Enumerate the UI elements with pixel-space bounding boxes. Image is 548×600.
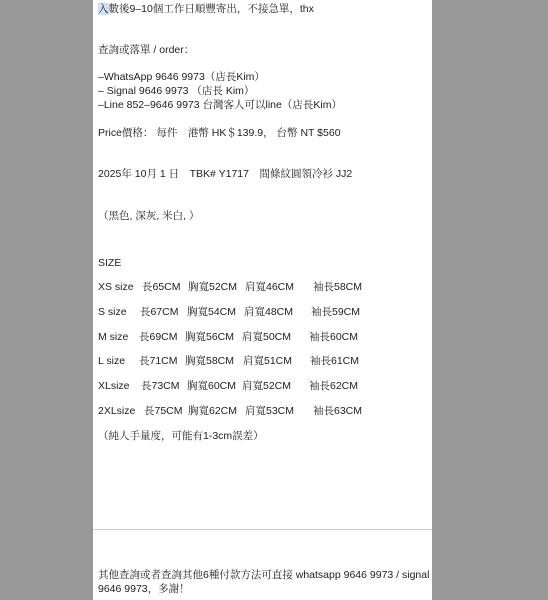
text-selection[interactable]: 入 [98,3,109,15]
size-heading: SIZE [98,256,121,270]
order-heading: 查詢或落單 / order： [98,43,194,57]
size-sleeve: 袖長63CM [313,404,362,418]
product-line: 2025年 10月 1 日 TBK# Y1717 間條紋圓領冷衫 JJ2 [98,167,352,181]
size-length: 長71CM [139,354,178,368]
size-shoulder: 肩寬46CM [245,280,294,294]
size-length: 長67CM [140,305,179,319]
size-shoulder: 肩寬52CM [242,379,291,393]
document-page: 入數後9–10個工作日順豐寄出，不接急單，thx 查詢或落單 / order： … [93,0,432,600]
price-line: Price價格： 每件 港幣 HK＄139.9， 台幣 NT $560 [98,126,341,140]
size-shoulder: 肩寬53CM [245,404,294,418]
size-length: 長69CM [139,330,178,344]
size-sleeve: 袖長58CM [313,280,362,294]
size-shoulder: 肩寬50CM [242,330,291,344]
size-name: XS size [98,280,134,294]
size-name: XLsize [98,379,130,393]
size-name: S size [98,305,127,319]
size-chest: 胸寬58CM [185,354,234,368]
footer-note: 其他查詢或者查詢其他6種付款方法可直接 whatsapp 9646 9973 /… [98,568,430,596]
size-chest: 胸寬56CM [185,330,234,344]
size-sleeve: 袖長59CM [311,305,360,319]
contact-whatsapp: –WhatsApp 9646 9973（店長Kim） [98,70,265,84]
size-length: 長75CM [144,404,183,418]
size-name: 2XLsize [98,404,135,418]
intro-text: 數後9–10個工作日順豐寄出，不接急單，thx [109,3,314,15]
size-name: M size [98,330,128,344]
page-divider [93,529,432,530]
contact-signal: – Signal 9646 9973 （店長 Kim） [98,84,254,98]
contact-line: –Line 852–9646 9973 台灣客人可以line（店長Kim） [98,98,342,112]
size-sleeve: 袖長61CM [310,354,359,368]
size-chest: 胸寬60CM [187,379,236,393]
size-length: 長73CM [141,379,180,393]
intro-line: 入數後9–10個工作日順豐寄出，不接急單，thx [98,2,314,16]
size-sleeve: 袖長60CM [309,330,358,344]
measure-note: （純人手量度，可能有1-3cm誤差） [98,429,264,443]
size-length: 長65CM [142,280,181,294]
size-chest: 胸寬54CM [187,305,236,319]
colors-line: （黑色, 深灰, 米白, ） [98,209,200,223]
size-chest: 胸寬52CM [188,280,237,294]
size-name: L size [98,354,125,368]
size-chest: 胸寬62CM [188,404,237,418]
size-shoulder: 肩寬51CM [243,354,292,368]
size-shoulder: 肩寬48CM [244,305,293,319]
size-sleeve: 袖長62CM [309,379,358,393]
